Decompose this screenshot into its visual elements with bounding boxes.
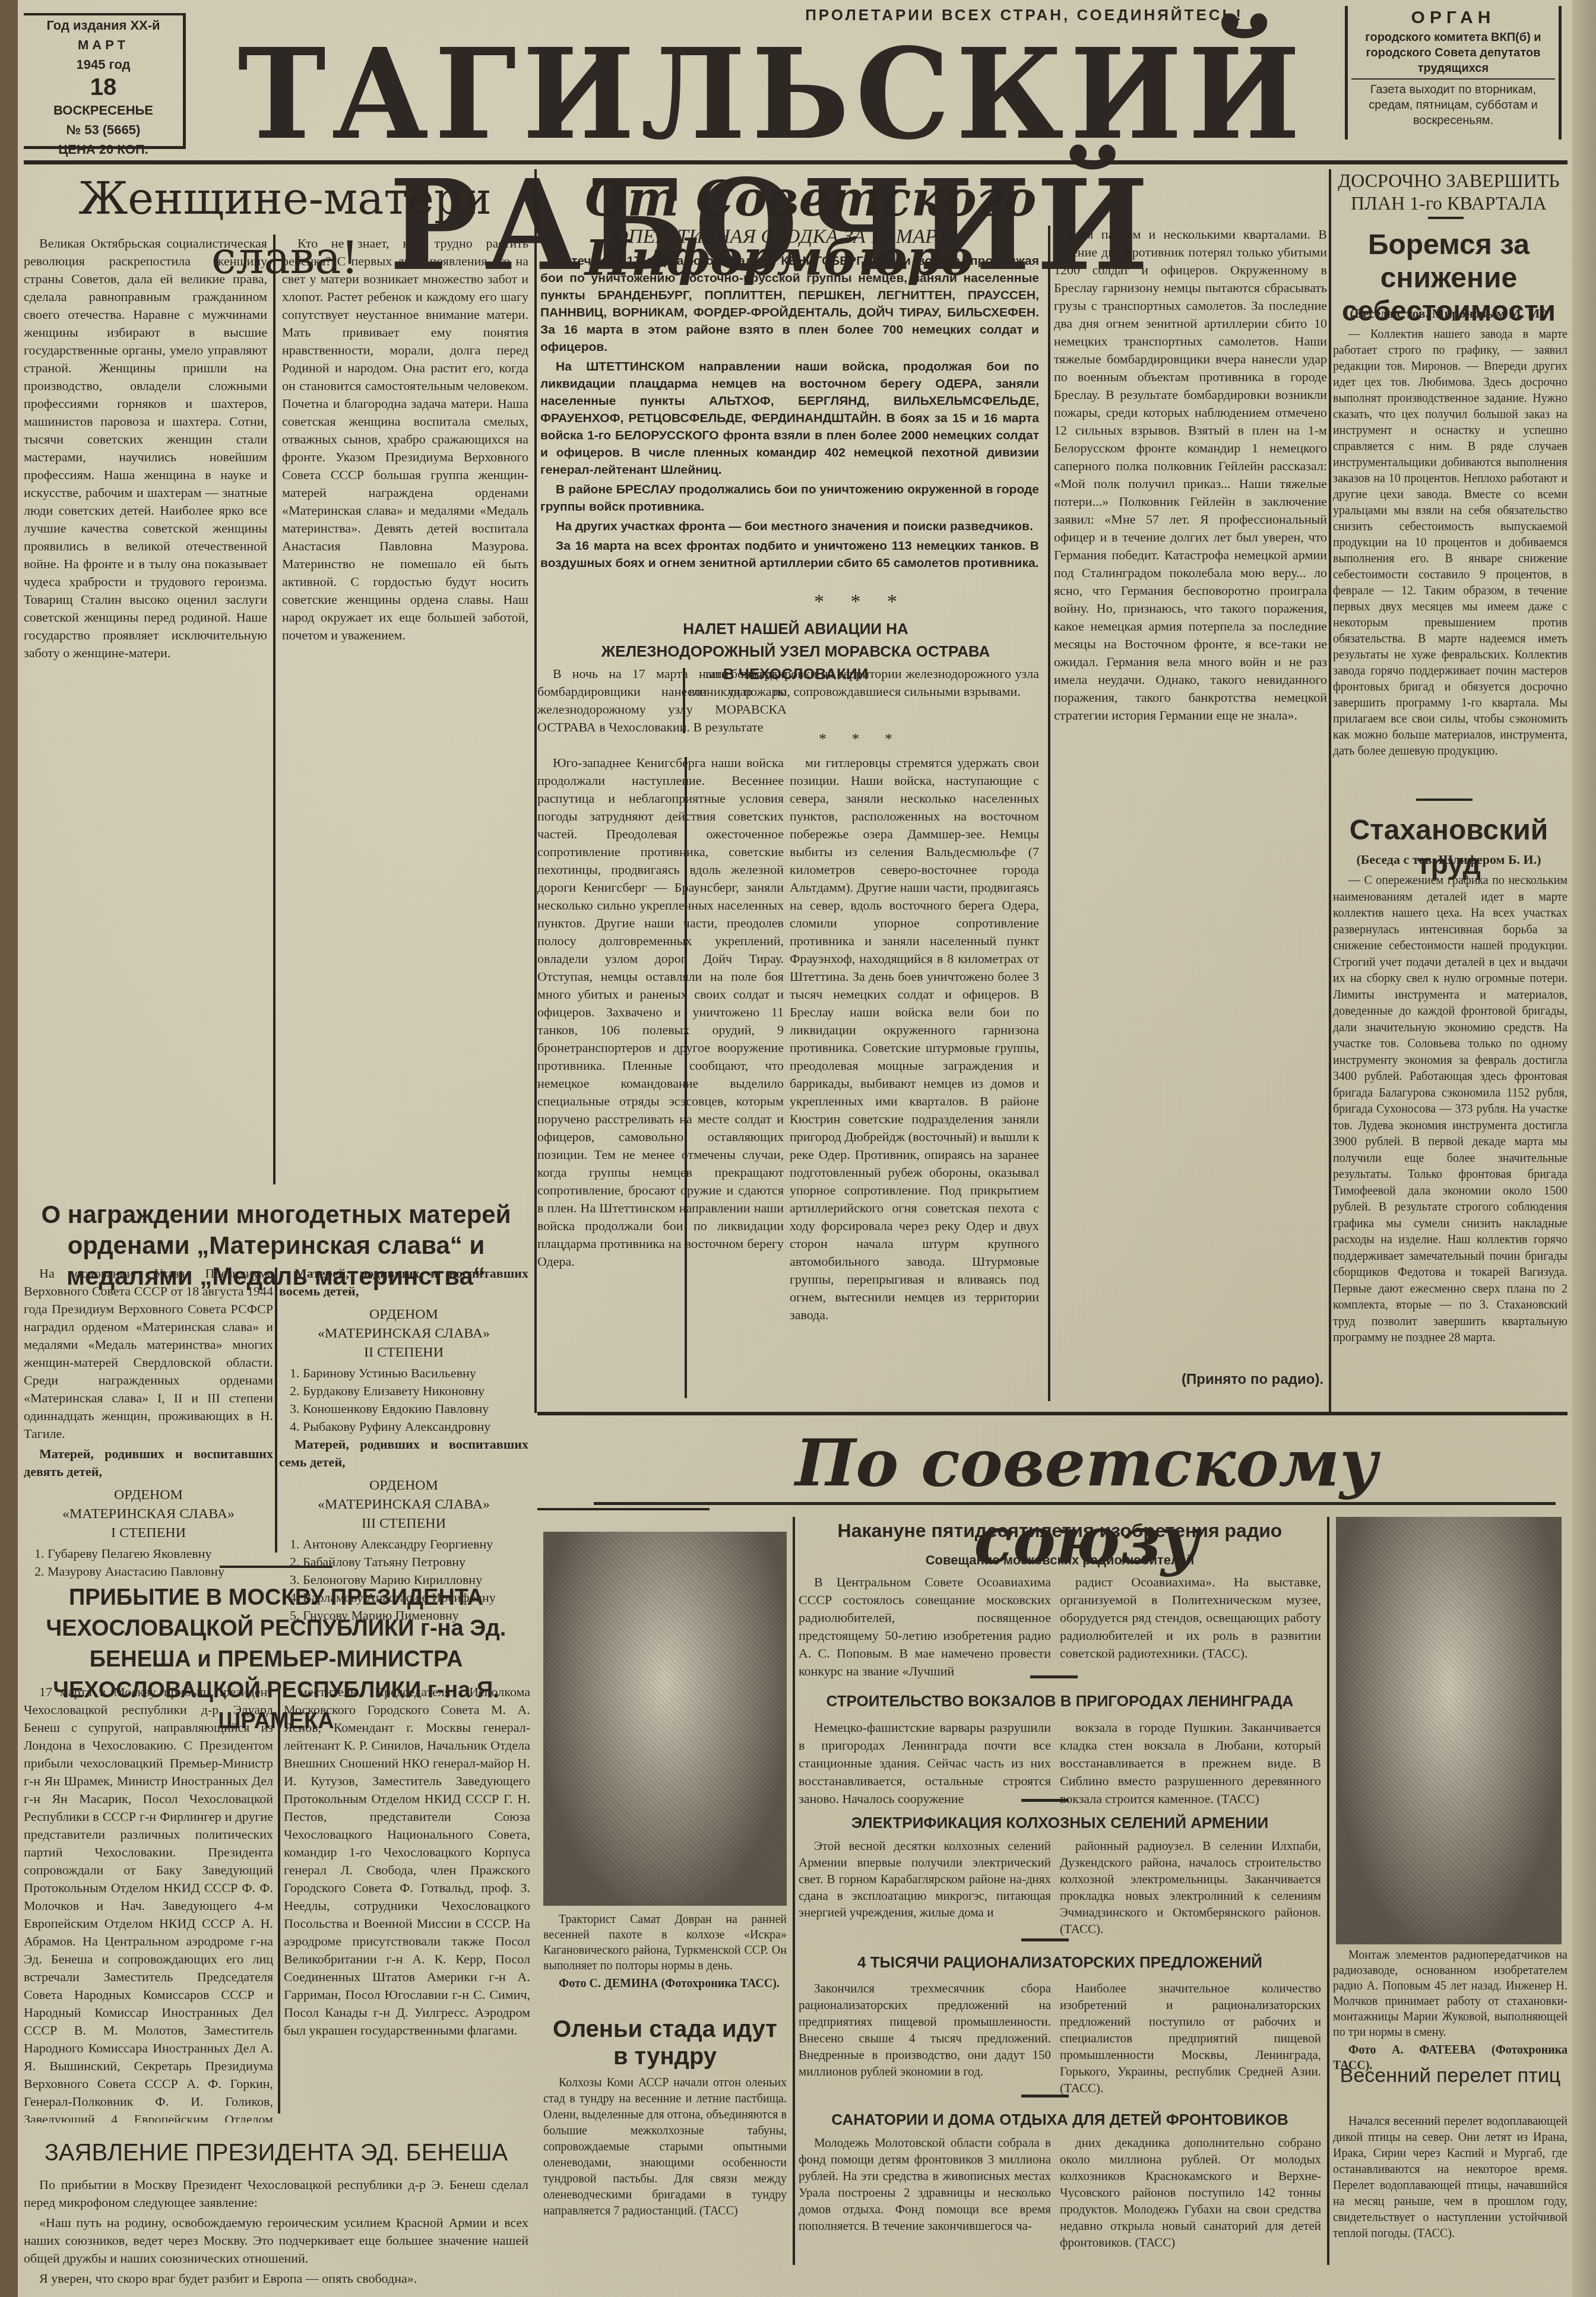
front-news-col1: Юго-западнее Кенигсберга наши войска про… [537,754,784,1401]
mothers-col1: Великая Октябрьская социалистическая рев… [24,235,267,1190]
award-name: Баринову Устинью Васильевну [303,1364,528,1382]
banner-underline [594,1502,1556,1505]
plan-byline: (Беседа с тов. Мироновым М. М.) [1333,306,1565,321]
banner-underline [537,1508,710,1510]
award-order: ОРДЕНОМ «МАТЕРИНСКАЯ СЛАВА» II СТЕПЕНИ [279,1303,528,1364]
award-name: Рыбакову Руфину Александровну [303,1418,528,1436]
award-group-lead: Матерей, родивших и воспитавших девять д… [24,1445,273,1481]
sovinform-body: В течение 17 марта юго-западнее КЕНИГСБЕ… [540,252,1039,574]
column-divider [793,1517,795,2265]
column-divider [273,235,275,1184]
front-news-col2: ми гитлеровцы стремятся удержать свои по… [790,754,1039,1401]
award-name: Коношенкову Евдокию Павловну [303,1400,528,1418]
radio-col2: радист Осоавиахима». На выставке, органи… [1060,1573,1321,1665]
stations-col1: Немецко-фашистские варвары разрушили в п… [799,1719,1051,1810]
masthead-rule [24,160,1567,164]
plan-kicker: ДОСРОЧНО ЗАВЕРШИТЬ ПЛАН 1-го КВАРТАЛА [1333,169,1565,214]
column-divider [275,1268,277,1553]
rational-col1: Закончился трехмесячник сбора рационализ… [799,1980,1051,2082]
reindeer-headline: Оленьи стада идут в тундру [543,2016,787,2070]
rational-col2: Наиболее значительное количество изобрет… [1060,1980,1321,2099]
short-rule [1428,217,1464,219]
award-names-list: Губареву Пелагею Яковлевну Мазурову Анас… [24,1545,273,1580]
column-divider [683,668,685,733]
awards-left: На основании Указа Президиума Верховного… [24,1265,273,1580]
photo-tractor [543,1532,787,1906]
award-name: Губареву Пелагею Яковлевну [47,1545,273,1563]
organ-text: городского комитета ВКП(б) и городского … [1348,30,1559,76]
birds-body: Начался весенний перелет водоплавающей д… [1333,2114,1567,2244]
armenia-col1: Этой весной десятки колхозных селений Ар… [799,1837,1051,1923]
publication-year: Год издания XX-й [24,15,183,35]
short-rule [1021,1799,1069,1802]
radio-headline: Накануне пятидесятилетия изобретения рад… [799,1520,1321,1542]
page-edge [1572,0,1596,2297]
award-name: Бурдакову Елизавету Никоновну [303,1382,528,1400]
sanatoria-col2: дних декадника дополнительно собрано око… [1060,2134,1321,2253]
award-group-lead: Матерей, родивших и воспитавших восемь д… [279,1265,528,1300]
awards-right: Матерей, родивших и воспитавших восемь д… [279,1265,528,1624]
plan-body: — Коллектив нашего завода в марте работа… [1333,327,1567,790]
armenia-col2: районный радиоузел. В селении Илхпаби, Д… [1060,1837,1321,1940]
ornament-rule [220,1566,332,1568]
section-stars: * * * [772,730,950,748]
short-rule [1030,1675,1078,1678]
sovinform-signoff: (Принято по радио). [1182,1371,1323,1388]
column-divider [278,1686,280,2114]
radio-col1: В Центральном Совете Осоавиахима СССР со… [799,1573,1051,1683]
publisher-box: ОРГАН городского комитета ВКП(б) и город… [1345,6,1562,140]
column-divider [1329,169,1331,1413]
award-name: Бабайлову Татьяну Петровну [303,1553,528,1571]
awards-intro: На основании Указа Президиума Верховного… [24,1265,273,1443]
short-rule [1416,799,1472,801]
benes-arrival-col2: меститель Председателя Исполкома Московс… [284,1683,530,2122]
column-divider [1048,226,1050,1401]
stakhanov-byline: (Беседа с тов. Шлифером Б. И.) [1333,852,1565,867]
issue-day: 18 [24,74,183,100]
award-names-list: Баринову Устинью Васильевну Бурдакову Ел… [279,1364,528,1436]
newspaper-page: Год издания XX-й МАРТ 1945 год 18 ВОСКРЕ… [0,0,1596,2297]
sanatoria-col1: Молодежь Молотовской области собрала в ф… [799,2134,1051,2236]
mothers-col2: Кто не знает, как трудно растить ребенка… [282,235,528,1190]
award-name: Антонову Александру Георгиевну [303,1535,528,1553]
rational-headline: 4 ТЫСЯЧИ РАЦИОНАЛИЗАТОРСКИХ ПРЕДЛОЖЕНИЙ [799,1953,1321,1972]
issue-month: МАРТ [24,35,183,55]
stations-headline: СТРОИТЕЛЬСТВО ВОКЗАЛОВ В ПРИГОРОДАХ ЛЕНИ… [799,1692,1321,1710]
birds-headline: Весенний перелет птиц [1333,2063,1567,2088]
sanatoria-headline: САНАТОРИИ И ДОМА ОТДЫХА ДЛЯ ДЕТЕЙ ФРОНТО… [799,2111,1321,2129]
binding-spine [0,0,18,2297]
benes-statement-body: По прибытии в Москву Президент Чехослова… [24,2176,528,2290]
sovinform-subhead: ОПЕРАТИВНАЯ СВОДКА ЗА 17 МАРТА [543,226,1030,248]
short-rule [1021,2095,1069,2098]
stations-col2: вокзала в городе Пушкин. Заканчивается к… [1060,1719,1321,1810]
issue-price: ЦЕНА 20 КОП. [24,140,183,159]
sovinform-right-col: ным парком и несколькими кварталами. В т… [1054,226,1327,1389]
publication-schedule: Газета выходит по вторникам, средам, пят… [1348,82,1559,128]
photo-radio-caption: Монтаж элементов радиопередатчиков на ра… [1333,1947,1567,2076]
section-stars: * * * [772,591,950,613]
photo-tractor-caption: Тракторист Самат Довран на ранней весенн… [543,1912,787,1994]
stakhanov-body: — С опережением графика по нескольким на… [1333,873,1567,1407]
column-divider [534,169,537,1413]
stakhanov-headline: Стахановский труд [1333,813,1565,882]
award-group-lead: Матерей, родивших и воспитавших семь дет… [279,1436,528,1471]
section-rule [537,1412,1567,1415]
benes-arrival-col1: 17 марта в Москву прибыл Президент Чехос… [24,1683,273,2122]
benes-statement-headline: ЗАЯВЛЕНИЕ ПРЕЗИДЕНТА ЭД. БЕНЕША [24,2137,528,2168]
air-raid-col2: тате бомбардировки на территории железно… [689,665,1039,703]
short-rule [1021,1938,1069,1941]
photo-radio-factory [1336,1517,1562,1944]
column-divider [1327,1517,1329,2265]
issue-info-box: Год издания XX-й МАРТ 1945 год 18 ВОСКРЕ… [24,13,186,149]
issue-year: 1945 год [24,55,183,74]
column-divider [685,757,687,1398]
issue-weekday: ВОСКРЕСЕНЬЕ [24,100,183,120]
award-order: ОРДЕНОМ «МАТЕРИНСКАЯ СЛАВА» I СТЕПЕНИ [24,1483,273,1545]
armenia-headline: ЭЛЕКТРИФИКАЦИЯ КОЛХОЗНЫХ СЕЛЕНИЙ АРМЕНИИ [799,1814,1321,1832]
issue-number: № 53 (5665) [24,120,183,140]
radio-subhead: Совещание московских радиолюбителей [799,1553,1321,1568]
award-order: ОРДЕНОМ «МАТЕРИНСКАЯ СЛАВА» III СТЕПЕНИ [279,1474,528,1535]
organ-heading: ОРГАН [1348,6,1559,30]
reindeer-body: Колхозы Коми АССР начали отгон оленьих с… [543,2075,787,2222]
